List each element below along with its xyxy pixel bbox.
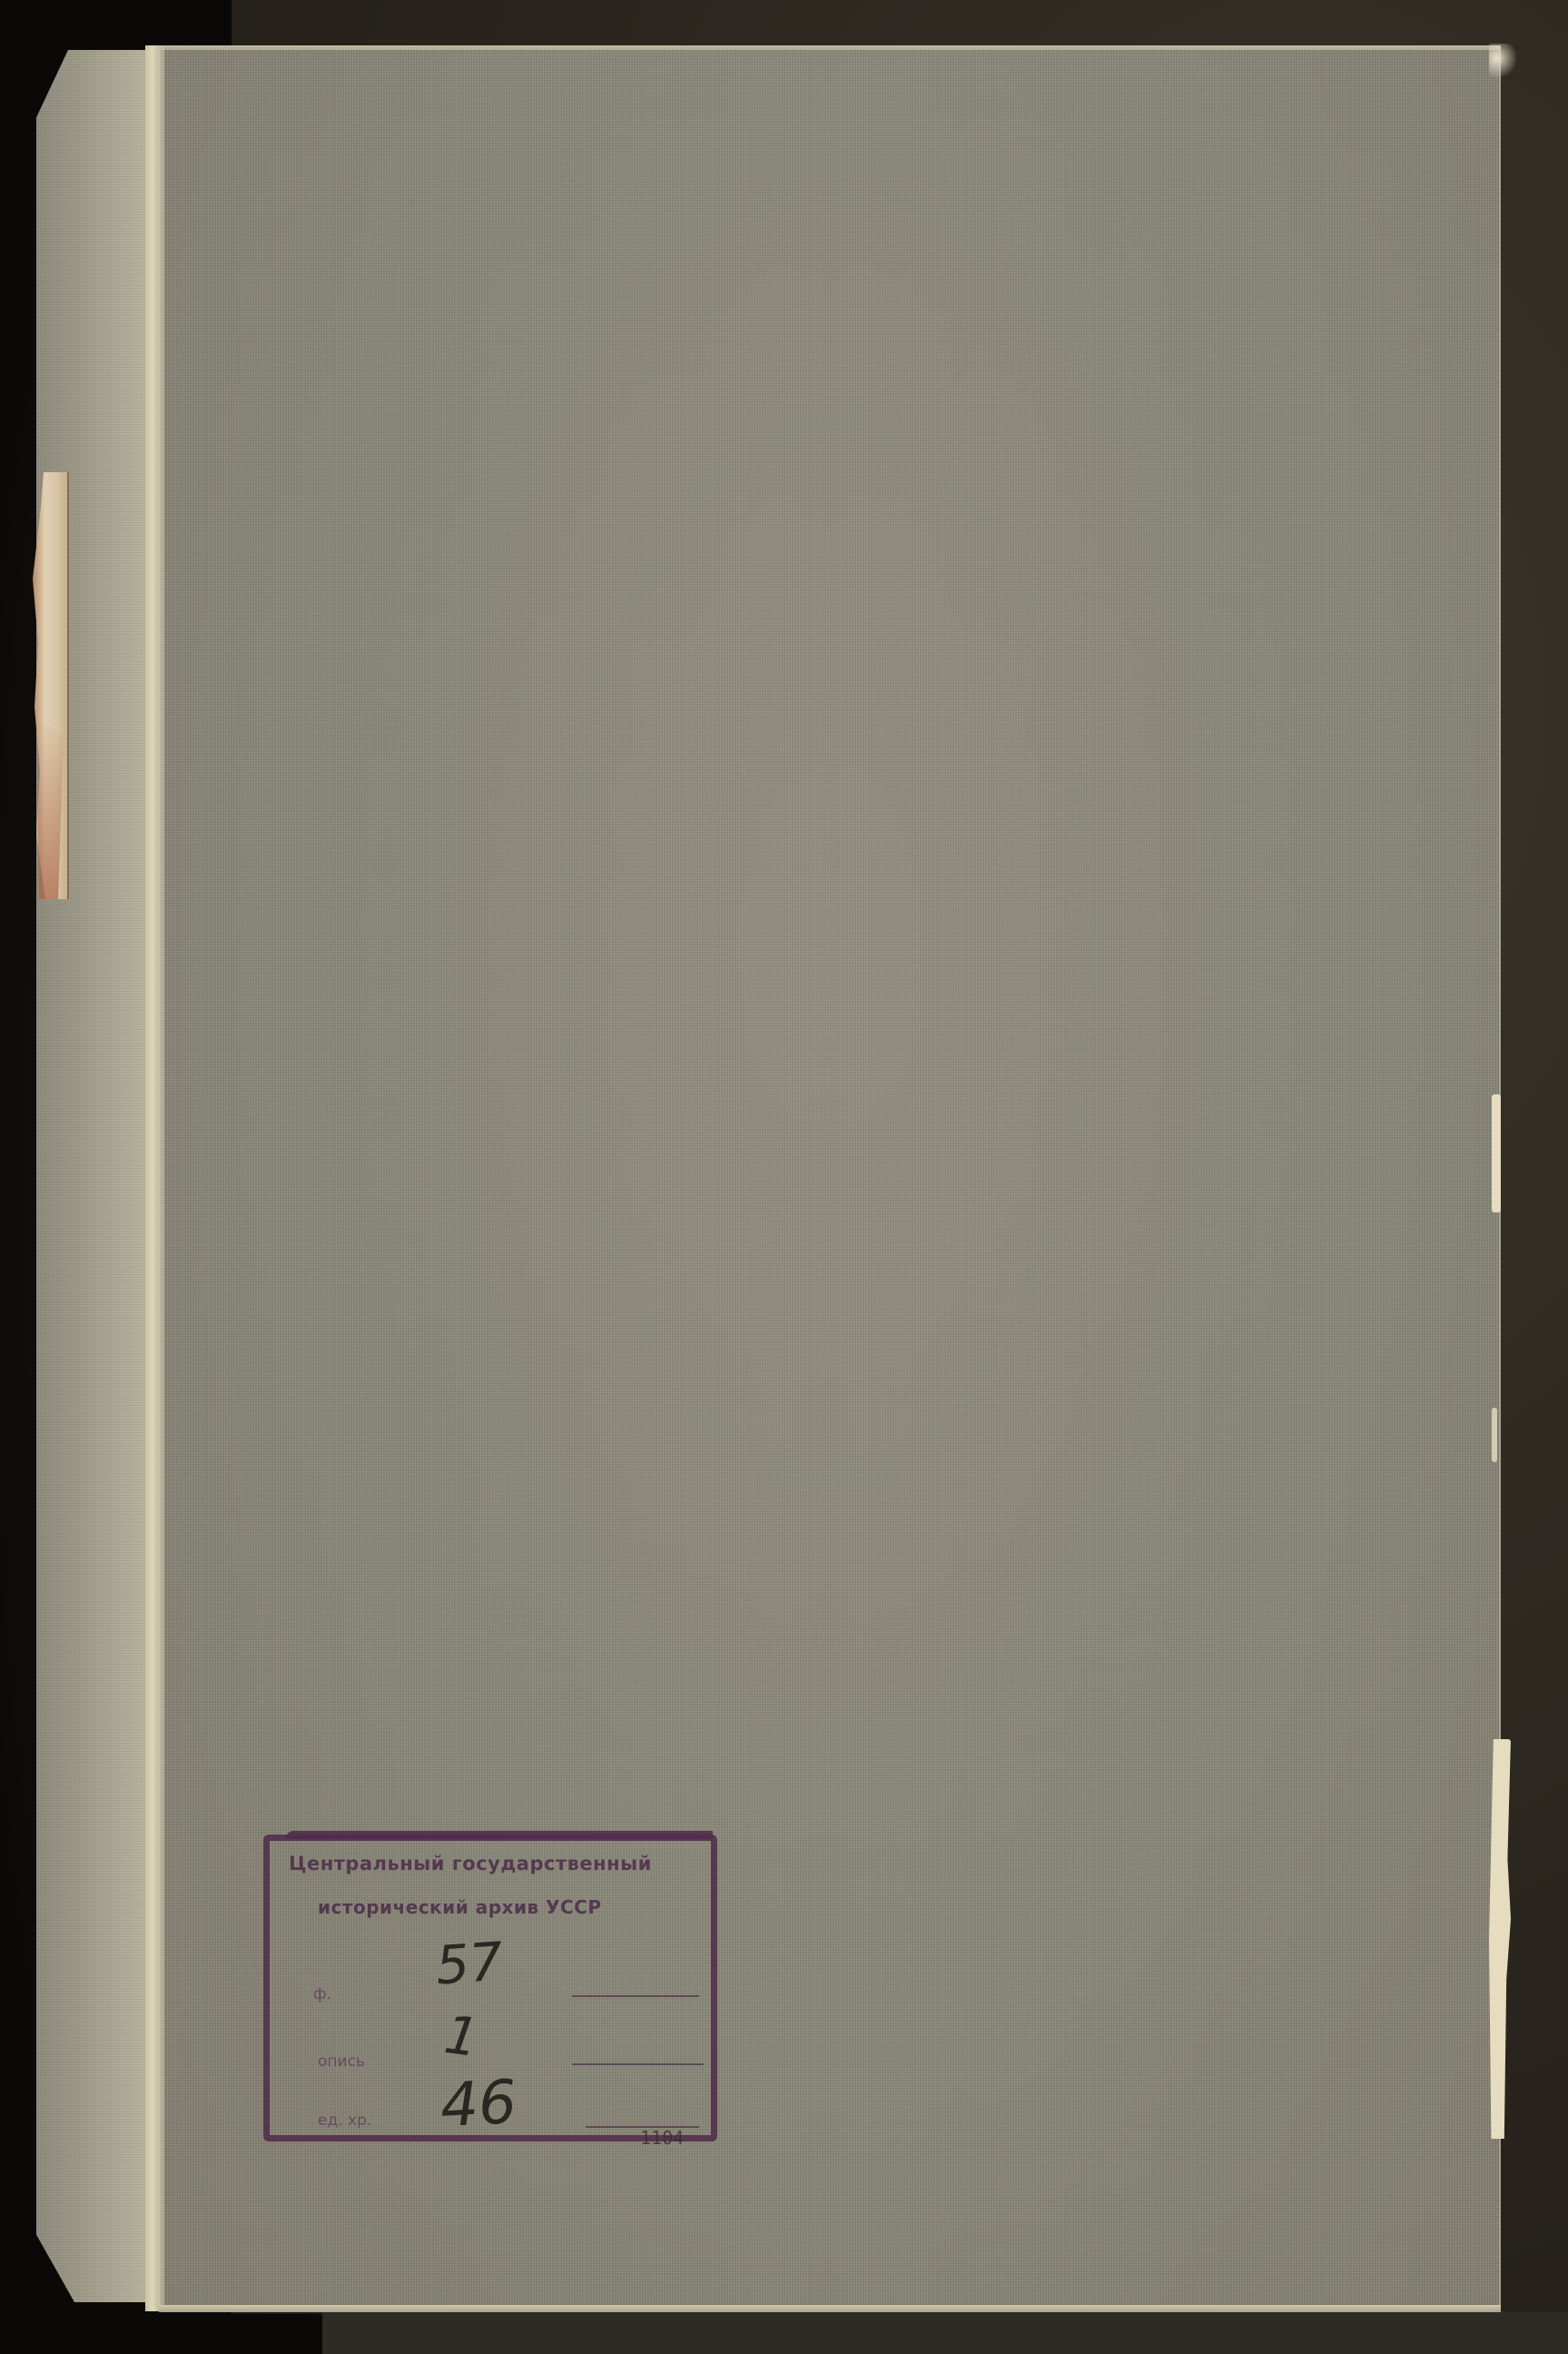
stamp-top-bar <box>286 1831 713 1852</box>
backdrop-bottom-dark <box>0 2314 322 2354</box>
handwritten-item-number: 46 <box>439 2067 518 2141</box>
cover-hinge-highlight <box>159 45 164 2311</box>
cover-bottom-edge <box>159 2305 1501 2312</box>
stamp-corner-number: 1104 <box>640 2127 684 2149</box>
protruding-page-strip <box>1492 1094 1501 1212</box>
stamp-label-opis: опись <box>318 2052 365 2071</box>
spine-hinge-edge <box>145 45 160 2311</box>
cover-top-edge <box>159 45 1501 50</box>
handwritten-fond-number: 57 <box>434 1931 505 1997</box>
backdrop-bottom-strip <box>322 2311 1568 2354</box>
protruding-page-strip <box>1492 1408 1497 1462</box>
frayed-thread-corner <box>1489 44 1516 80</box>
stamp-archive-name-line1: Центральный государственный <box>289 1853 652 1874</box>
book-spine <box>36 50 163 2302</box>
stamp-label-ed-khr: ед. хр. <box>318 2112 371 2130</box>
stamp-rule <box>572 1995 699 1997</box>
stamp-archive-name-line2: исторический архив УССР <box>318 1896 602 1918</box>
archive-stamp: Центральный государственный исторический… <box>263 1825 726 2143</box>
stamp-rule <box>572 2063 704 2065</box>
stamp-label-fond: ф. <box>313 1985 331 2003</box>
